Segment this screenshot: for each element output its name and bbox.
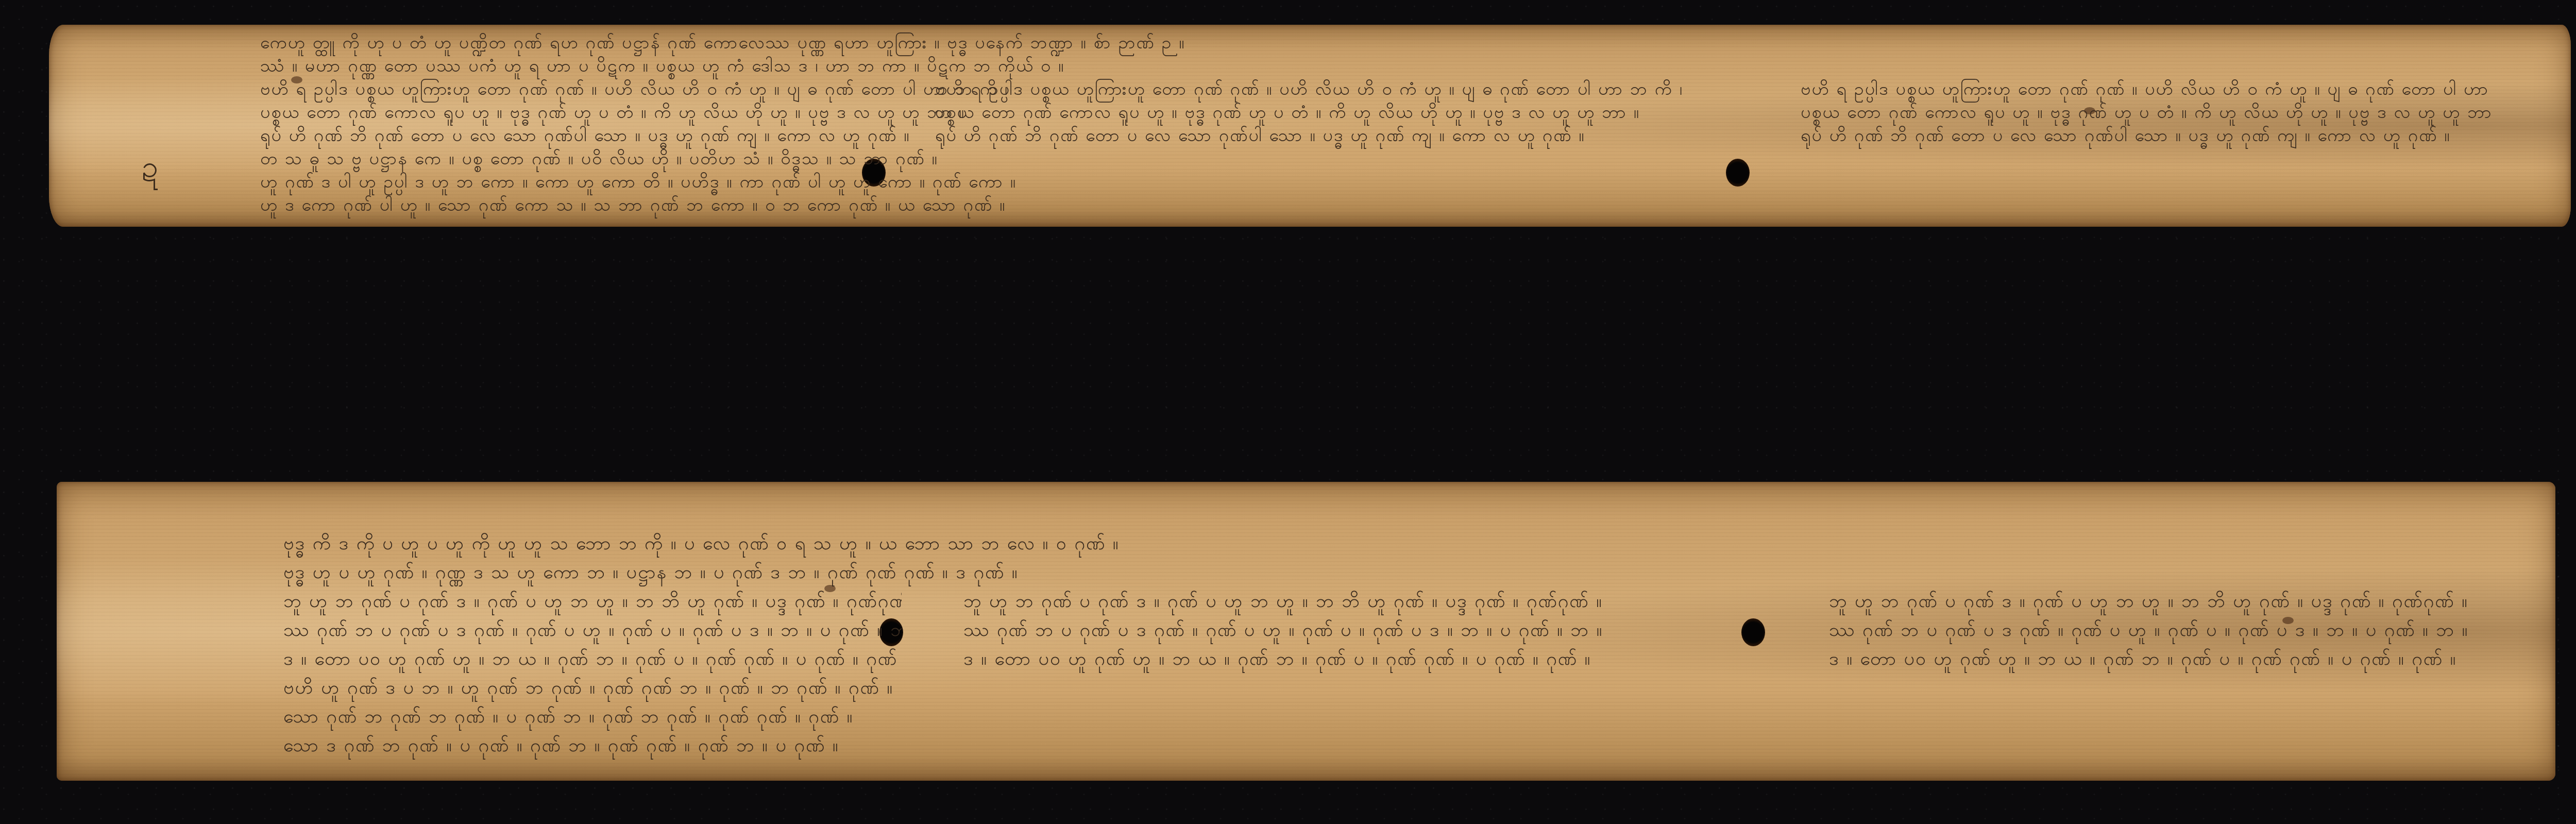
text-line: ဘူ ဟူ ဘ ဂုဏ် ပ ဂုဏ် ဒ ။ ဂုဏ် ပ ဟူ ဘ ဟူ ။…	[283, 588, 902, 616]
text-line: ဗဟိ ရ ဥပ္ပါဒ ပစ္စယ ဟူကြားဟူ တော ဂုဏ် ဂုဏ…	[935, 77, 1682, 104]
text-block-middle: ဘူ ဟူ ဘ ဂုဏ် ပ ဂုဏ် ဒ ။ ဂုဏ် ပ ဟူ ဘ ဟူ ။…	[963, 588, 1685, 676]
text-line: ဘူ ဟူ ဘ ဂုဏ် ပ ဂုဏ် ဒ ။ ဂုဏ် ပ ဟူ ဘ ဟူ ။…	[963, 588, 1685, 616]
text-block-right: ဗဟိ ရ ဥပ္ပါဒ ပစ္စယ ဟူကြားဟူ တော ဂုဏ် ဂုဏ…	[1801, 77, 2491, 149]
text-line: ဗဟိ ဟူ ဂုဏ် ဒ ပ ဘ ။ ဟူ ဂုဏ် ဘ ဂုဏ် ။ ဂုဏ…	[283, 675, 2473, 703]
text-line: ဟူ ဂုဏ် ဒ ပါ ဟူ ဥပ္ပါ ဒ ဟူ ဘ ကော ။ ကော ဟ…	[260, 170, 2491, 196]
text-line: သော ဒ ဂုဏ် ဘ ဂုဏ် ။ ပ ဂုဏ် ။ ဂုဏ် ဘ ။ ဂု…	[283, 733, 2473, 761]
text-line: ပစ္စယ တော ဂုဏ် ကောလ ရူပ ဟူ ။ ဗုဒ္ဓ ဂုဏ် …	[260, 100, 1007, 127]
text-block-last: သော ဒ ဂုဏ် ဘ ဂုဏ် ။ ပ ဂုဏ် ။ ဂုဏ် ဘ ။ ဂု…	[283, 733, 2473, 759]
text-block-right: ဘူ ဟူ ဘ ဂုဏ် ပ ဂုဏ် ဒ ။ ဂုဏ် ပ ဟူ ဘ ဟူ ။…	[1829, 588, 2473, 676]
text-line: ပစ္စယ တော ဂုဏ် ကောလ ရူပ ဟူ ။ ဗုဒ္ဓ ဂုဏ် …	[935, 100, 1682, 127]
manuscript-leaf-bottom: ဗုဒ္ဓ ကိ ဒ ကို ပ ဟူ ပ ဟူ ကို ဟူ ဟူ သ ဘော…	[57, 482, 2555, 781]
text-line: ဗဟိ ရ ဥပ္ပါဒ ပစ္စယ ဟူကြားဟူ တော ဂုဏ် ဂုဏ…	[260, 77, 1007, 104]
text-block-middle: ဗဟိ ရ ဥပ္ပါဒ ပစ္စယ ဟူကြားဟူ တော ဂုဏ် ဂုဏ…	[935, 77, 1682, 149]
text-line: ဘူ ဟူ ဘ ဂုဏ် ပ ဂုဏ် ဒ ။ ဂုဏ် ပ ဟူ ဘ ဟူ ။…	[1829, 588, 2473, 616]
text-line: ဒ ။ တော ပဝ ဟူ ဂုဏ် ဟူ ။ ဘ ယ ။ ဂုဏ် ဘ ။ ဂ…	[283, 646, 902, 674]
text-line: ပစ္စယ တော ဂုဏ် ကောလ ရူပ ဟူ ။ ဗုဒ္ဓ ဂုဏ် …	[1801, 100, 2491, 127]
text-line: တ သ ဓူ သ ဗ္ဗ ပဋ္ဌာန ဂော ။ ပစ္စ တော ဂုဏ် …	[260, 147, 2491, 173]
text-line: ဗဟိ ရ ဥပ္ပါဒ ပစ္စယ ဟူကြားဟူ တော ဂုဏ် ဂုဏ…	[1801, 77, 2491, 104]
text-line: ဿ ဂုဏ် ဘ ပ ဂုဏ် ပ ဒ ဂုဏ် ။ ဂုဏ် ပ ဟူ ။ ဂ…	[963, 617, 1685, 645]
margin-folio-marker: ဍ	[142, 148, 158, 192]
text-line: ဒ ။ တော ပဝ ဟူ ဂုဏ် ဟူ ။ ဘ ယ ။ ဂုဏ် ဘ ။ ဂ…	[963, 646, 1685, 674]
text-line: ကေဟူ တ္ထူ ကို ဟု ပ တံ ဟူ ပဏ္ဍိတ ဂုဏ် ရဟ …	[260, 31, 2491, 57]
text-line: ဗုဒ္ဓ ဟူ ပ ဟူ ဂုဏ် ။ ဂုဏ္ဏ ဒ သ ဟူ ကော ဘ …	[283, 560, 2473, 587]
text-line: ရုပ် ဟိ ဂုဏ် ဘိ ဂုဏ် တော ပ လေ သော ဂုဏ်ပါ…	[935, 124, 1682, 150]
manuscript-leaf-top: ဍ ကေဟူ တ္ထူ ကို ဟု ပ တံ ဟူ ပဏ္ဍိတ ဂုဏ် ရ…	[49, 25, 2571, 227]
text-line: ရုပ် ဟိ ဂုဏ် ဘိ ဂုဏ် တော ပ လေ သော ဂုဏ်ပါ…	[1801, 124, 2491, 150]
text-line: ရုပ် ဟိ ဂုဏ် ဘိ ဂုဏ် တော ပ လေ သော ဂုဏ်ပါ…	[260, 124, 1007, 150]
text-line: ဿံ ။ မဟာ ဂုဏ္ဏ တော ပဿ ပကံ ဟူ ရ ဟာ ပ ပိဋက…	[260, 54, 2491, 80]
text-line: ဟူ ဒ ကော ဂုဏ် ပါ ဟူ ။ သော ဂုဏ် ကော သ ။ သ…	[260, 193, 2491, 220]
text-line: ဿ ဂုဏ် ဘ ပ ဂုဏ် ပ ဒ ဂုဏ် ။ ဂုဏ် ပ ဟူ ။ ဂ…	[1829, 617, 2473, 645]
text-line: ဿ ဂုဏ် ဘ ပ ဂုဏ် ပ ဒ ဂုဏ် ။ ဂုဏ် ပ ဟူ ။ ဂ…	[283, 617, 902, 645]
text-line: ဒ ။ တော ပဝ ဟူ ဂုဏ် ဟူ ။ ဘ ယ ။ ဂုဏ် ဘ ။ ဂ…	[1829, 646, 2473, 674]
text-line: သော ဂုဏ် ဘ ဂုဏ် ဘ ဂုဏ် ။ ပ ဂုဏ် ဘ ။ ဂုဏ်…	[283, 704, 2473, 732]
text-line: ဗုဒ္ဓ ကိ ဒ ကို ပ ဟူ ပ ဟူ ကို ဟူ ဟူ သ ဘော…	[283, 531, 2473, 559]
